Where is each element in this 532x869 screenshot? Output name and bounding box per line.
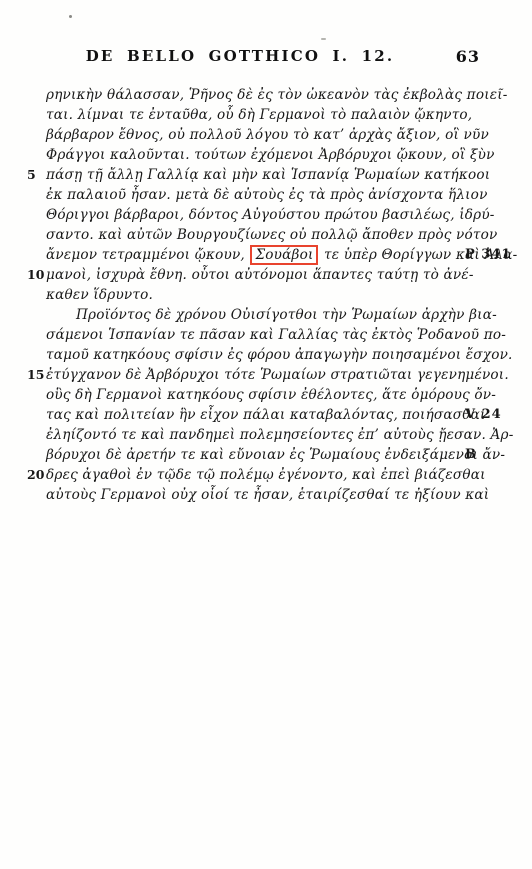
greek-line-text-pre: μανοὶ, ἰσχυρὰ ἔθνη. οὗτοι αὐτόνομοι ἅπαν…	[46, 267, 474, 283]
latin-line	[32, 679, 484, 692]
line-number: 15	[27, 365, 44, 385]
greek-line-text-pre: Φράγγοι καλοῦνται. τούτων ἐχόμενοι Ἀρβόρ…	[46, 147, 495, 163]
greek-line-text-pre: ἐτύγχανον δὲ Ἀρβόρυχοι τότε Ῥωμαίων στρα…	[46, 367, 509, 383]
latin-line	[32, 780, 484, 793]
greek-line-text-pre: σάμενοι Ἱσπανίαν τε πᾶσαν καὶ Γαλλίας τὰ…	[46, 327, 506, 343]
greek-line: σάμενοι Ἱσπανίαν τε πᾶσαν καὶ Γαλλίας τὰ…	[46, 325, 458, 345]
greek-line: βόρυχοι δὲ ἀρετήν τε καὶ εὔνοιαν ἐς Ῥωμα…	[46, 445, 458, 465]
greek-line: ταμοῦ κατηκόους σφίσιν ἐς φόρου ἀπαγωγὴν…	[46, 345, 458, 365]
greek-line-text-pre: Προϊόντος δὲ χρόνου Οὐισίγοτθοι τὴν Ῥωμα…	[76, 307, 497, 323]
greek-line-text-pre: ταμοῦ κατηκόους σφίσιν ἐς φόρου ἀπαγωγὴν…	[46, 347, 513, 363]
latin-line	[32, 617, 484, 630]
greek-line: ρηνικὴν θάλασσαν, Ῥῆνος δὲ ἐς τὸν ὠκεανὸ…	[46, 85, 458, 105]
greek-line-text-pre: Θόριγγοι βάρβαροι, δόντος Αὐγούστου πρώτ…	[46, 207, 495, 223]
greek-line: 10μανοὶ, ἰσχυρὰ ἔθνη. οὗτοι αὐτόνομοι ἅπ…	[46, 265, 458, 285]
greek-line: τας καὶ πολιτείαν ἣν εἶχον πάλαι καταβαλ…	[46, 405, 458, 425]
margin-note: B	[465, 445, 477, 465]
greek-line-text-pre: ἄνεμον τετραμμένοι ᾤκουν,	[46, 247, 249, 263]
greek-line: ἐκ παλαιοῦ ἦσαν. μετὰ δὲ αὐτοὺς ἐς τὰ πρ…	[46, 185, 458, 205]
greek-line: αὐτοὺς Γερμανοὶ οὐχ οἷοί τε ἦσαν, ἑταιρί…	[46, 485, 458, 505]
latin-line	[32, 642, 484, 655]
greek-line-text-pre: δρες ἀγαθοὶ ἐν τῷδε τῷ πολέμῳ ἐγένοντο, …	[46, 467, 486, 483]
book-page-scan: DE BELLO GOTTHICO I. 12. 63 ρηνικὴν θάλα…	[0, 0, 532, 869]
greek-line: οὓς δὴ Γερμανοὶ κατηκόους σφίσιν ἐθέλοντ…	[46, 385, 458, 405]
scan-speck	[69, 15, 72, 18]
greek-line: ται. λίμναι τε ἐνταῦθα, οὗ δὴ Γερμανοὶ τ…	[46, 105, 458, 125]
latin-line	[32, 805, 484, 818]
line-number: 5	[27, 165, 36, 185]
greek-line: Φράγγοι καλοῦνται. τούτων ἐχόμενοι Ἀρβόρ…	[46, 145, 458, 165]
latin-line	[32, 742, 484, 755]
greek-line: ἐληίζοντό τε καὶ πανδημεὶ πολεμησείοντες…	[46, 425, 458, 445]
greek-line-text-pre: ἐκ παλαιοῦ ἦσαν. μετὰ δὲ αὐτοὺς ἐς τὰ πρ…	[46, 187, 488, 203]
highlight-box[interactable]: Σουάβοι	[250, 245, 318, 265]
latin-line	[32, 767, 484, 780]
greek-line-text-pre: πάσῃ τῇ ἄλλῃ Γαλλίᾳ καὶ μὴν καὶ Ἱσπανίᾳ …	[46, 167, 490, 183]
latin-line	[32, 704, 484, 717]
greek-line: καθεν ἵδρυντο.	[46, 285, 458, 305]
latin-line	[32, 667, 484, 680]
greek-line-text-pre: ρηνικὴν θάλασσαν, Ῥῆνος δὲ ἐς τὸν ὠκεανὸ…	[46, 87, 508, 103]
greek-line: Προϊόντος δὲ χρόνου Οὐισίγοτθοι τὴν Ῥωμα…	[46, 305, 458, 325]
latin-line	[32, 755, 484, 768]
scan-speck	[321, 38, 326, 40]
line-number: 10	[27, 265, 44, 285]
greek-line: ἄνεμον τετραμμένοι ᾤκουν, Σουάβοι τε ὑπὲ…	[46, 245, 458, 265]
latin-line	[32, 654, 484, 667]
greek-line-text-pre: σαντο. καὶ αὐτῶν Βουργουζίωνες οὐ πολλῷ …	[46, 227, 497, 243]
latin-line	[32, 717, 484, 730]
greek-line-text-pre: τας καὶ πολιτείαν ἣν εἶχον πάλαι καταβαλ…	[46, 407, 486, 423]
greek-line-text-pre: καθεν ἵδρυντο.	[46, 287, 153, 303]
latin-line	[32, 629, 484, 642]
greek-line-text-pre: βάρβαρον ἔθνος, οὐ πολλοῦ λόγου τὸ κατ’ …	[46, 127, 489, 143]
greek-line: σαντο. καὶ αὐτῶν Βουργουζίωνες οὐ πολλῷ …	[46, 225, 458, 245]
greek-line-text-pre: οὓς δὴ Γερμανοὶ κατηκόους σφίσιν ἐθέλοντ…	[46, 387, 496, 403]
latin-line	[32, 792, 484, 805]
latin-line	[32, 729, 484, 742]
margin-note: P 341	[465, 245, 511, 265]
greek-line: 5πάσῃ τῇ ἄλλῃ Γαλλίᾳ καὶ μὴν καὶ Ἱσπανίᾳ…	[46, 165, 458, 185]
greek-line-text-pre: αὐτοὺς Γερμανοὶ οὐχ οἷοί τε ἦσαν, ἑταιρί…	[46, 487, 489, 503]
line-number: 20	[27, 465, 44, 485]
margin-note: V 24	[465, 405, 502, 425]
page-number: 63	[456, 47, 480, 66]
greek-line: 20δρες ἀγαθοὶ ἐν τῷδε τῷ πολέμῳ ἐγένοντο…	[46, 465, 458, 485]
latin-line	[32, 604, 484, 617]
greek-line-text-pre: ἐληίζοντό τε καὶ πανδημεὶ πολεμησείοντες…	[46, 427, 514, 443]
latin-translation-block	[32, 604, 484, 817]
greek-line: βάρβαρον ἔθνος, οὐ πολλοῦ λόγου τὸ κατ’ …	[46, 125, 458, 145]
greek-line: Θόριγγοι βάρβαροι, δόντος Αὐγούστου πρώτ…	[46, 205, 458, 225]
latin-line	[32, 692, 484, 705]
greek-line-text-pre: βόρυχοι δὲ ἀρετήν τε καὶ εὔνοιαν ἐς Ῥωμα…	[46, 447, 505, 463]
greek-line: 15ἐτύγχανον δὲ Ἀρβόρυχοι τότε Ῥωμαίων στ…	[46, 365, 458, 385]
greek-text-block: ρηνικὴν θάλασσαν, Ῥῆνος δὲ ἐς τὸν ὠκεανὸ…	[46, 85, 458, 505]
greek-line-text-pre: ται. λίμναι τε ἐνταῦθα, οὗ δὴ Γερμανοὶ τ…	[46, 107, 472, 123]
running-header-title: DE BELLO GOTTHICO I. 12.	[0, 47, 480, 65]
